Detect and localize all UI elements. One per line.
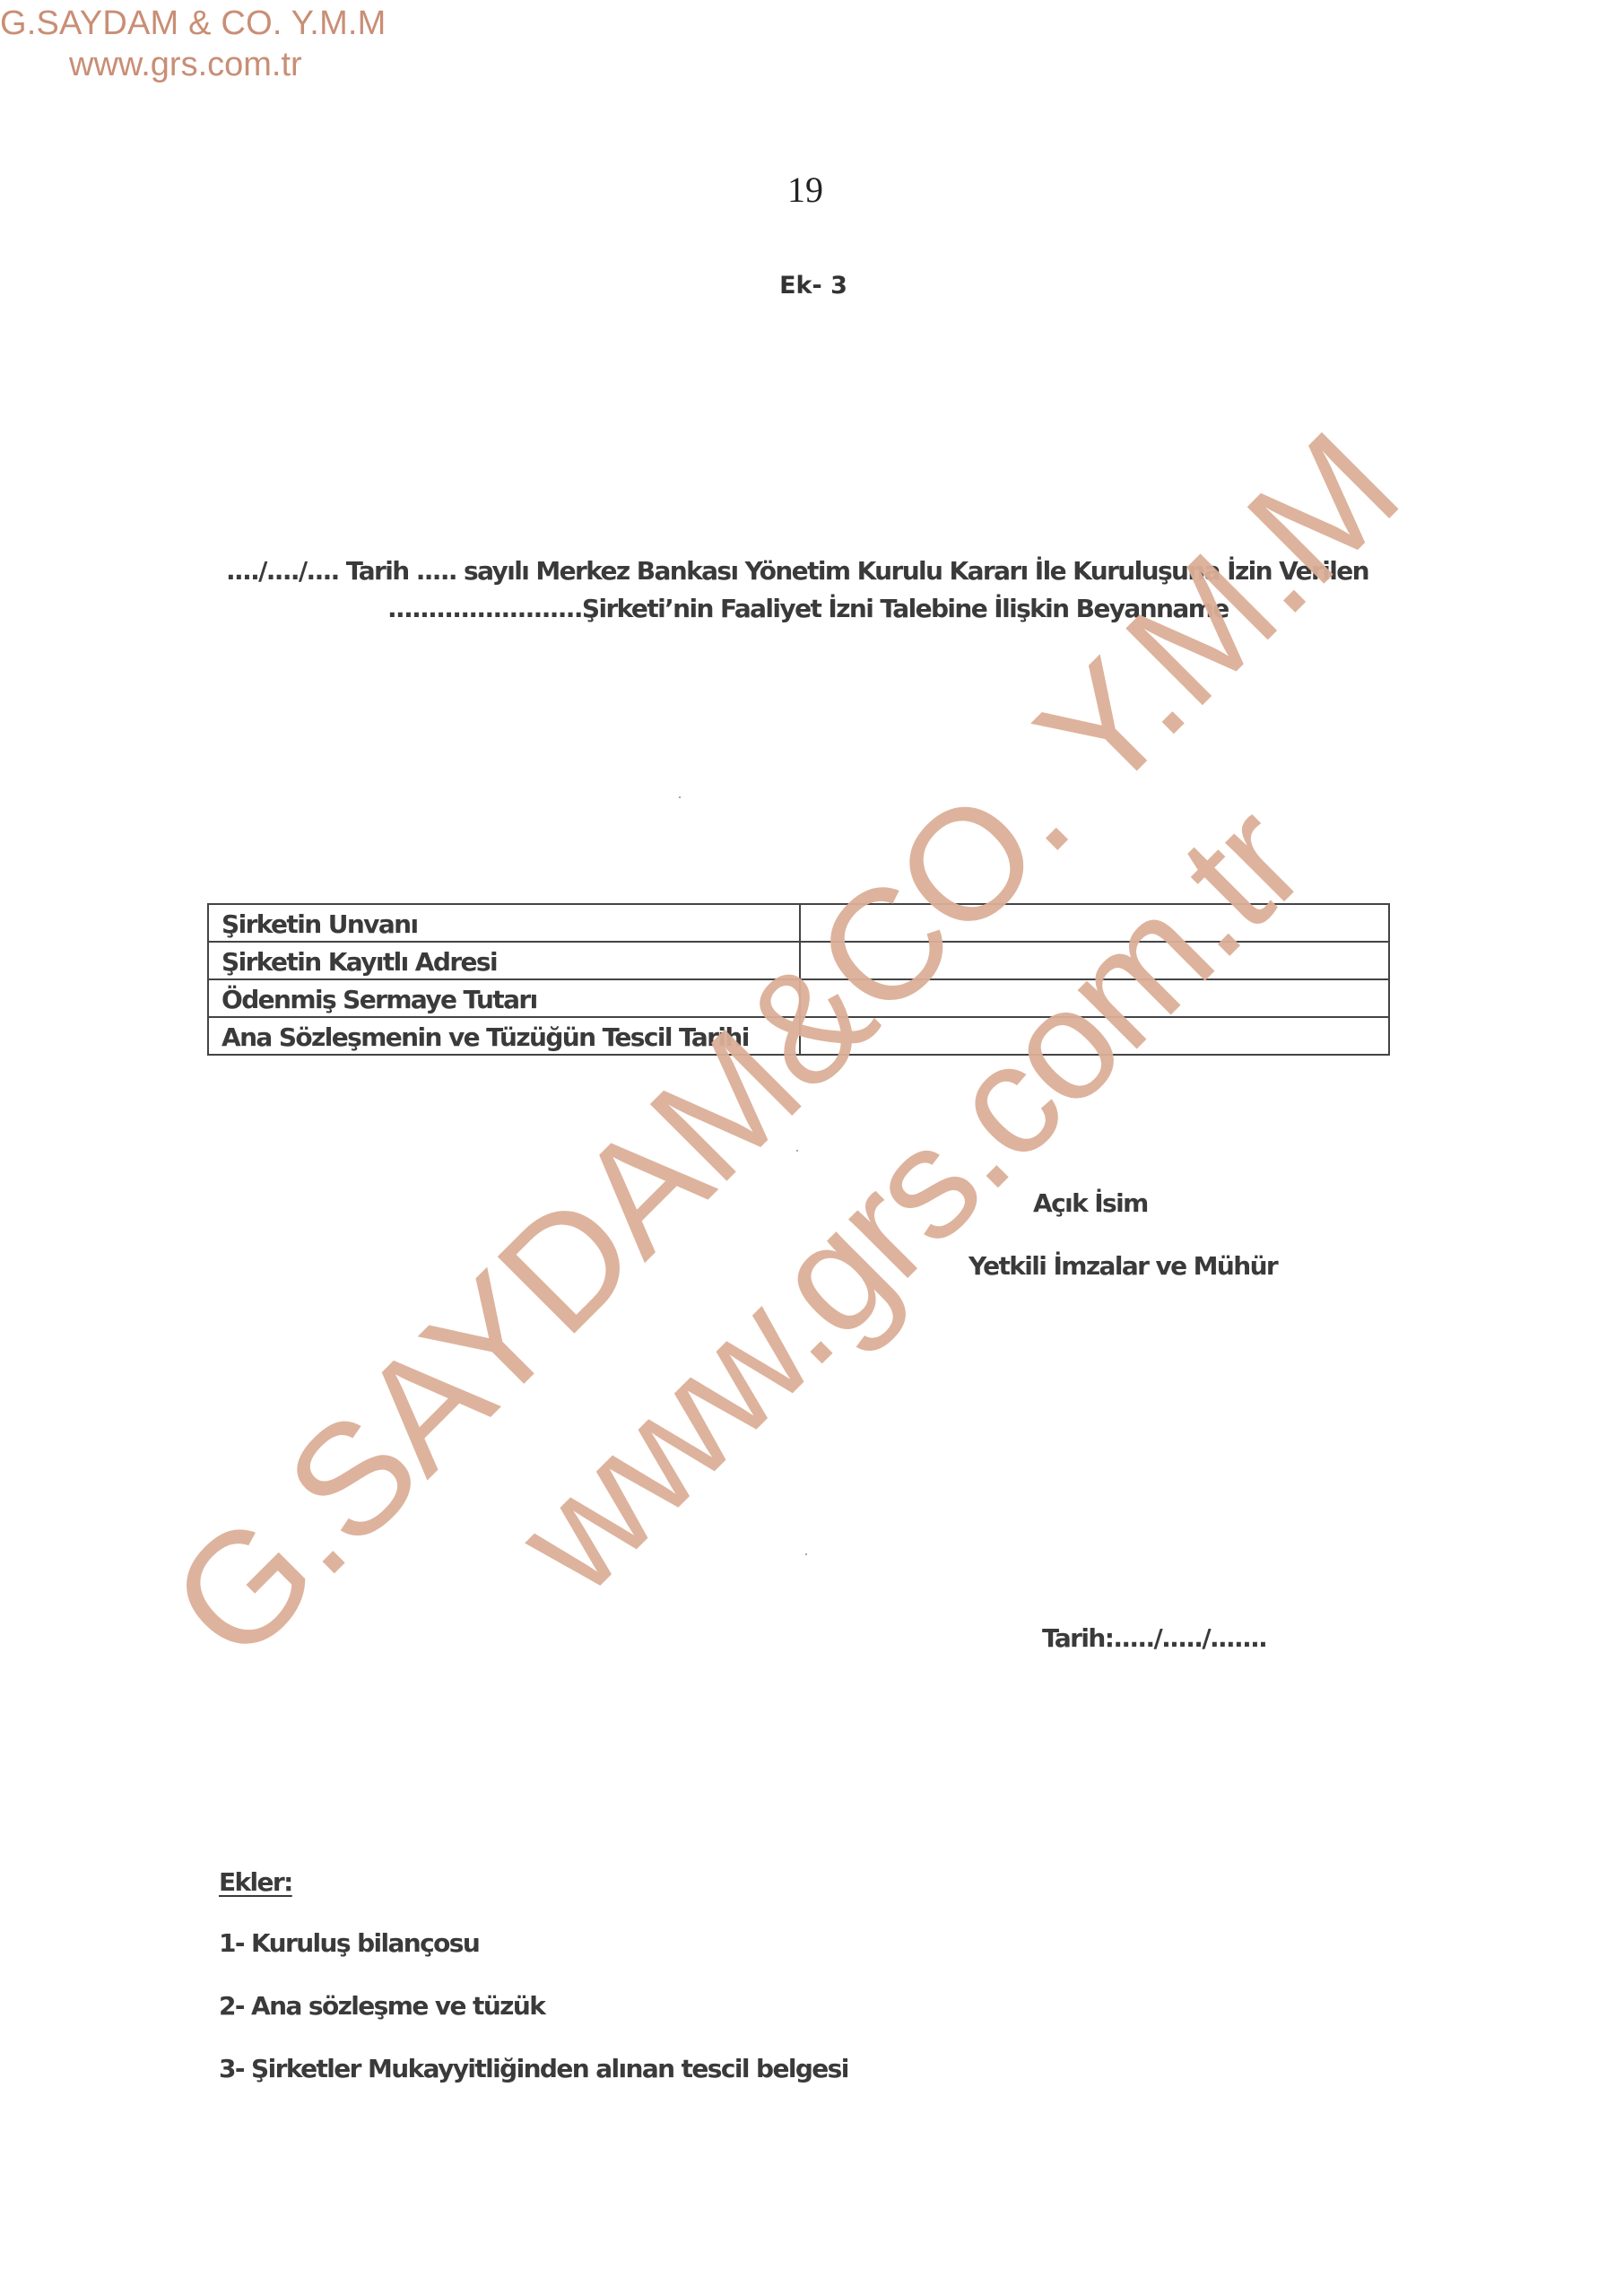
page-number: 19 <box>0 169 1607 211</box>
document-title-line-1: ..../..../.... Tarih ..... sayılı Merkez… <box>226 556 1368 586</box>
row-label-company-title: Şirketin Unvanı <box>208 904 800 942</box>
row-value-paid-capital[interactable] <box>800 979 1389 1017</box>
date-field-label: Tarih:...../...../....... <box>1042 1623 1266 1653</box>
table-row: Ana Sözleşmenin ve Tüzüğün Tescil Tarihi <box>208 1017 1389 1055</box>
row-value-company-title[interactable] <box>800 904 1389 942</box>
row-value-registered-address[interactable] <box>800 942 1389 979</box>
scan-speck <box>679 796 681 798</box>
annex-label: Ek- 3 <box>0 272 1607 300</box>
header-website: www.grs.com.tr <box>69 45 302 84</box>
attachment-item: 1- Kuruluş bilançosu <box>219 1928 479 1958</box>
full-name-label: Açık İsim <box>1033 1188 1148 1218</box>
header-company-name: G.SAYDAM & CO. Y.M.M <box>0 4 387 43</box>
row-label-registered-address: Şirketin Kayıtlı Adresi <box>208 942 800 979</box>
row-label-paid-capital: Ödenmiş Sermaye Tutarı <box>208 979 800 1017</box>
row-value-registration-date[interactable] <box>800 1017 1389 1055</box>
row-label-registration-date: Ana Sözleşmenin ve Tüzüğün Tescil Tarihi <box>208 1017 800 1055</box>
attachments-heading: Ekler: <box>219 1867 292 1897</box>
table-row: Şirketin Kayıtlı Adresi <box>208 942 1389 979</box>
table-row: Ödenmiş Sermaye Tutarı <box>208 979 1389 1017</box>
signature-seal-label: Yetkili İmzalar ve Mühür <box>969 1251 1277 1281</box>
attachment-item: 3- Şirketler Mukayyitliğinden alınan tes… <box>219 2054 848 2083</box>
scan-speck <box>796 1150 798 1152</box>
table-row: Şirketin Unvanı <box>208 904 1389 942</box>
scan-speck <box>805 1553 807 1555</box>
attachment-item: 2- Ana sözleşme ve tüzük <box>219 1991 544 2021</box>
company-info-table: Şirketin Unvanı Şirketin Kayıtlı Adresi … <box>207 903 1390 1056</box>
document-title-line-2: ........................Şirketi’nin Faal… <box>387 594 1229 623</box>
